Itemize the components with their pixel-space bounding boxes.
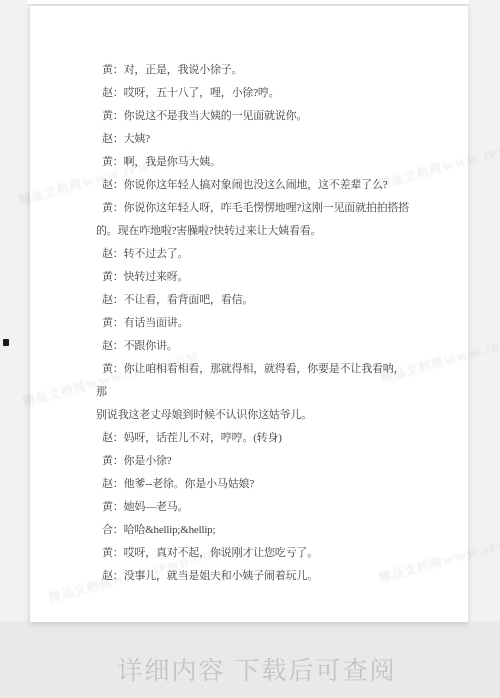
dialogue-line: 黄：你说你这年轻人呀，咋毛毛愣愣地哩?这刚一见面就拍拍搭搭 的。现在咋地啦?害臊… [96, 197, 412, 243]
dialogue-line: 赵：不跟你讲。 [96, 335, 412, 358]
dialogue-line: 赵：不让看，看背面吧，看信。 [96, 289, 412, 312]
dialogue-text: 黄：对，正是，我说小徐子。 赵：哎呀，五十八了，哩，小徐?哼。 黄：你说这不是我… [96, 59, 412, 588]
dialogue-line: 黄：快转过来呀。 [96, 266, 412, 289]
dialogue-line: 黄：你让咱相看相看，那就得相，就得看，你要是不让我看呐，那 别说我这老丈母娘到时… [96, 358, 412, 427]
dialogue-line: 赵：没事儿，就当是姐夫和小姨子闹着玩儿。 [96, 565, 412, 588]
dialogue-line: 黄：啊，我是你马大姨。 [96, 151, 412, 174]
dialogue-line: 合：哈哈&hellip;&hellip; [96, 519, 412, 542]
dialogue-line: 赵：妈呀，话茬儿不对，哼哼。(转身) [96, 427, 412, 450]
dialogue-line: 赵：哎呀，五十八了，哩，小徐?哼。 [96, 82, 412, 105]
previous-page-edge [27, 0, 469, 4]
dialogue-line: 黄：对，正是，我说小徐子。 [96, 59, 412, 82]
dialogue-line: 赵：转不过去了。 [96, 243, 412, 266]
page-margin-dot [3, 339, 9, 346]
dialogue-line: 赵：大姨? [96, 128, 412, 151]
dialogue-line: 黄：有话当面讲。 [96, 312, 412, 335]
download-hint-text: 详细内容 下载后可查阅 [0, 651, 500, 687]
dialogue-line: 赵：他爹--老徐。你是小马姑娘? [96, 473, 412, 496]
dialogue-line: 赵：你说你这年轻人搞对象闹也没这么闹地，这不差辈了么? [96, 174, 412, 197]
dialogue-line: 黄：她妈—老马。 [96, 496, 412, 519]
dialogue-line: 黄：你说这不是我当大姨的一见面就说你。 [96, 105, 412, 128]
dialogue-line: 黄：哎呀，真对不起，你说刚才让您吃亏了。 [96, 542, 412, 565]
doc-preview-screen: 精品文档网WWW.JPWD.COM 精品文档网WWW.JPWD.COM 精品文档… [0, 0, 500, 698]
document-page: 精品文档网WWW.JPWD.COM 精品文档网WWW.JPWD.COM 精品文档… [30, 6, 468, 622]
dialogue-line: 黄：你是小徐? [96, 450, 412, 473]
